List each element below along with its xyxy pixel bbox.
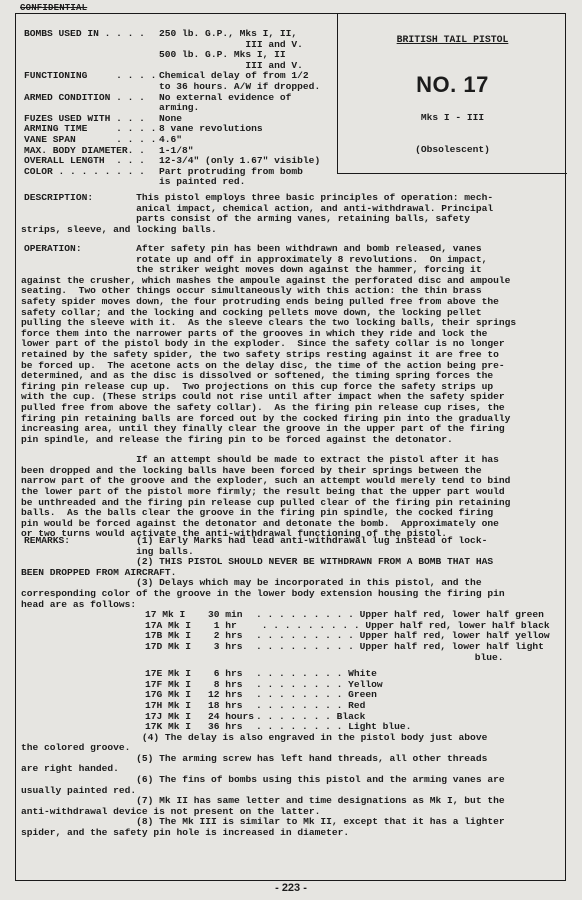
title-box: BRITISH TAIL PISTOL NO. 17 Mks I - III (… <box>337 13 567 174</box>
operation-section: OPERATION: After safety pin has been wit… <box>21 244 561 540</box>
spec-value: Part protruding from bomb is painted red… <box>159 167 335 188</box>
spec-label: FUNCTIONING . . . . <box>24 71 159 92</box>
groove-color: . . . . . . . . Red <box>256 701 365 712</box>
delay-model: 17H Mk I <box>145 701 208 712</box>
spec-value: Chemical delay of from 1/2 to 36 hours. … <box>159 71 335 92</box>
spec-label: VANE SPAN . . . . <box>24 135 159 146</box>
delay-table-row: 17D Mk I 3 hrs. . . . . . . . . Upper ha… <box>145 642 561 663</box>
spec-value: No external evidence of arming. <box>159 93 335 114</box>
spec-row: VANE SPAN . . . .4.6" <box>24 135 335 146</box>
spec-label: COLOR . . . . . . . . <box>24 167 159 188</box>
spec-list: BOMBS USED IN . . . .250 lb. G.P., Mks I… <box>24 29 335 188</box>
delay-time: 3 hrs <box>208 642 256 663</box>
spec-value: 4.6" <box>159 135 335 146</box>
description-text: This pistol employs three basic principl… <box>21 193 561 235</box>
classification-stamp: CONFIDENTIAL <box>20 3 87 13</box>
pistol-number: NO. 17 <box>338 72 567 98</box>
status-label: (Obsolescent) <box>338 144 567 155</box>
spec-label: ARMED CONDITION . . . <box>24 93 159 114</box>
spec-value: 250 lb. G.P., Mks I, II, III and V. 500 … <box>159 29 335 71</box>
spec-value: 8 vane revolutions <box>159 124 335 135</box>
delay-time: 18 hrs <box>208 701 256 712</box>
remarks-items-1-3: (1) Early Marks had lead anti-withdrawal… <box>21 536 561 610</box>
spec-row: FUNCTIONING . . . .Chemical delay of fro… <box>24 71 335 92</box>
spec-label: BOMBS USED IN . . . . <box>24 29 159 71</box>
delay-table: 17 Mk I30 min. . . . . . . . . Upper hal… <box>145 610 561 733</box>
operation-paragraph-1: After safety pin has been withdrawn and … <box>21 244 561 445</box>
spec-row: ARMED CONDITION . . .No external evidenc… <box>24 93 335 114</box>
description-heading: DESCRIPTION: <box>24 193 93 204</box>
operation-paragraph-2: If an attempt should be made to extract … <box>21 455 561 540</box>
description-section: DESCRIPTION: This pistol employs three b… <box>21 193 561 235</box>
page-number: - 223 - <box>0 882 582 894</box>
spec-row: BOMBS USED IN . . . .250 lb. G.P., Mks I… <box>24 29 335 71</box>
delay-table-row: 17H Mk I18 hrs. . . . . . . . Red <box>145 701 561 712</box>
delay-model: 17D Mk I <box>145 642 208 663</box>
marks-label: Mks I - III <box>338 112 567 123</box>
document-title: BRITISH TAIL PISTOL <box>338 34 567 45</box>
remarks-heading: REMARKS: <box>24 536 70 547</box>
groove-color: . . . . . . . . . Upper half red, lower … <box>256 642 544 663</box>
remarks-section: REMARKS: (1) Early Marks had lead anti-w… <box>21 536 561 839</box>
remarks-items-4-8: (4) The delay is also engraved in the pi… <box>21 733 561 839</box>
operation-heading: OPERATION: <box>24 244 82 255</box>
spec-row: COLOR . . . . . . . .Part protruding fro… <box>24 167 335 188</box>
